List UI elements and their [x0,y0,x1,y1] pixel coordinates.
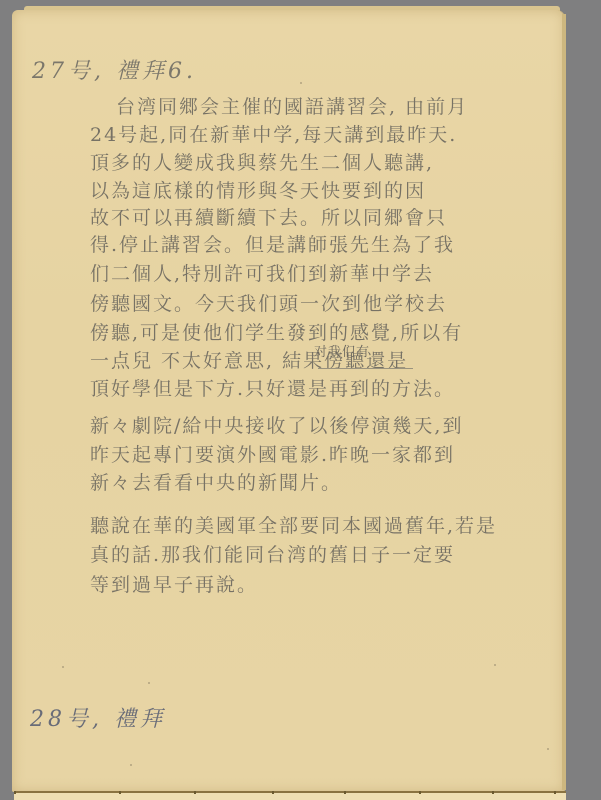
handwritten-line: 聽說在華的美國軍全部要同本國過舊年,若是 [90,511,497,538]
handwritten-line: 故不可以再續斷續下去。所以同郷會只 [90,203,447,230]
handwritten-line: 以為這底樣的情形與冬天快要到的因 [90,176,426,203]
handwritten-line: 台湾同郷会主催的國語講習会, 由前月 [116,92,468,119]
entry-heading-27: 27号, 禮拜6. [32,54,197,85]
binding-stitches [14,791,566,794]
handwritten-line: 新々劇院/給中央接收了以後停演幾天,到 [90,411,463,438]
handwritten-line: 们二個人,特別許可我们到新華中学去 [90,259,434,286]
handwritten-line: 頂多的人變成我與蔡先生二個人聽講, [90,148,434,175]
handwritten-line: 得.停止講習会。但是講師張先生為了我 [90,230,455,257]
page-stack-edge-right [562,14,566,790]
handwritten-line: 頂好學但是下方.只好還是再到的方法。 [90,374,455,401]
handwritten-line: 傍聽國文。今天我们頭一次到他学校去 [90,289,447,316]
handwritten-line: 昨天起專门要演外國電影.昨晚一家都到 [90,440,455,467]
handwritten-line: 傍聽,可是使他们学生發到的感覺,所以有 [90,318,463,345]
entry-heading-28: 28号, 禮拜 [30,702,166,733]
inserted-note: 对我们有 [314,341,370,360]
handwritten-line: 真的話.那我们能同台湾的舊日子一定要 [90,540,455,567]
handwritten-line: 新々去看看中央的新聞片。 [90,468,342,495]
scanned-page: 27号, 禮拜6. 台湾同郷会主催的國語講習会, 由前月24号起,同在新華中学,… [0,0,601,800]
insertion-caret-line [318,368,413,369]
handwritten-line: 等到過早子再說。 [90,570,258,597]
handwritten-line: 24号起,同在新華中学,每天講到最昨天. [90,120,457,147]
